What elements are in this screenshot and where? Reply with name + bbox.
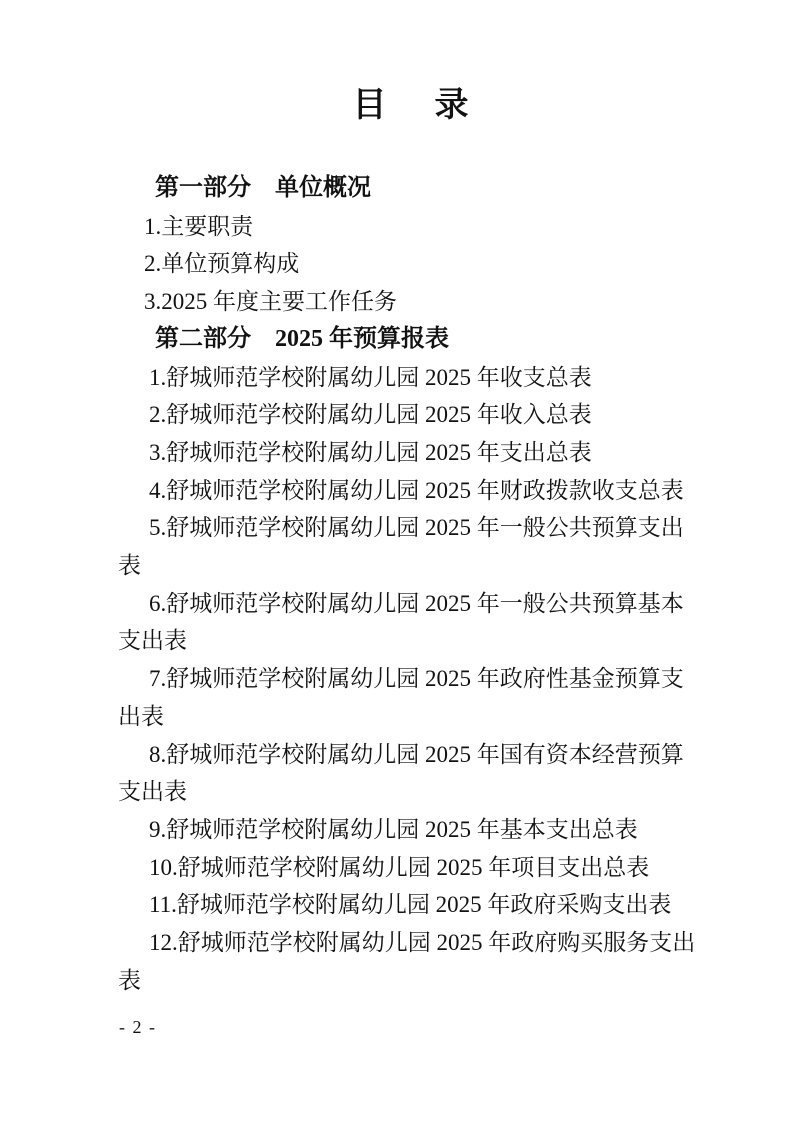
toc-item: 12.舒城师范学校附属幼儿园 2025 年政府购买服务支出 bbox=[118, 924, 675, 962]
doc-title: 目 录 bbox=[118, 85, 689, 127]
toc-item: 11.舒城师范学校附属幼儿园 2025 年政府采购支出表 bbox=[118, 886, 675, 924]
toc-item: 2.单位预算构成 bbox=[118, 245, 675, 283]
page-number: - 2 - bbox=[119, 1016, 157, 1038]
toc-item-continuation: 表 bbox=[118, 962, 675, 1000]
toc-item: 10.舒城师范学校附属幼儿园 2025 年项目支出总表 bbox=[118, 849, 675, 887]
toc-item: 6.舒城师范学校附属幼儿园 2025 年一般公共预算基本 bbox=[118, 585, 675, 623]
toc-item: 3.2025 年度主要工作任务 bbox=[118, 283, 675, 321]
toc-item: 3.舒城师范学校附属幼儿园 2025 年支出总表 bbox=[118, 434, 675, 472]
toc-item-continuation: 支出表 bbox=[118, 773, 675, 811]
toc-item: 1.主要职责 bbox=[118, 208, 675, 246]
toc-item: 2.舒城师范学校附属幼儿园 2025 年收入总表 bbox=[118, 396, 675, 434]
toc-item: 1.舒城师范学校附属幼儿园 2025 年收支总表 bbox=[118, 359, 675, 397]
doc-title-char: 录 bbox=[435, 85, 469, 127]
document-page: 目 录 第一部分 单位概况 1.主要职责 2.单位预算构成 3.2025 年度主… bbox=[0, 0, 793, 1122]
section-1-heading: 第一部分 单位概况 bbox=[118, 170, 675, 208]
toc-item: 5.舒城师范学校附属幼儿园 2025 年一般公共预算支出 bbox=[118, 509, 675, 547]
toc-item: 8.舒城师范学校附属幼儿园 2025 年国有资本经营预算 bbox=[118, 736, 675, 774]
doc-title-char: 目 bbox=[353, 85, 387, 127]
toc-item-continuation: 出表 bbox=[118, 698, 675, 736]
section-2-heading: 第二部分 2025 年预算报表 bbox=[118, 321, 675, 359]
toc-item: 7.舒城师范学校附属幼儿园 2025 年政府性基金预算支 bbox=[118, 660, 675, 698]
toc-item-continuation: 表 bbox=[118, 547, 675, 585]
toc-item: 4.舒城师范学校附属幼儿园 2025 年财政拨款收支总表 bbox=[118, 472, 675, 510]
table-of-contents: 第一部分 单位概况 1.主要职责 2.单位预算构成 3.2025 年度主要工作任… bbox=[118, 170, 675, 999]
toc-item-continuation: 支出表 bbox=[118, 622, 675, 660]
toc-item: 9.舒城师范学校附属幼儿园 2025 年基本支出总表 bbox=[118, 811, 675, 849]
